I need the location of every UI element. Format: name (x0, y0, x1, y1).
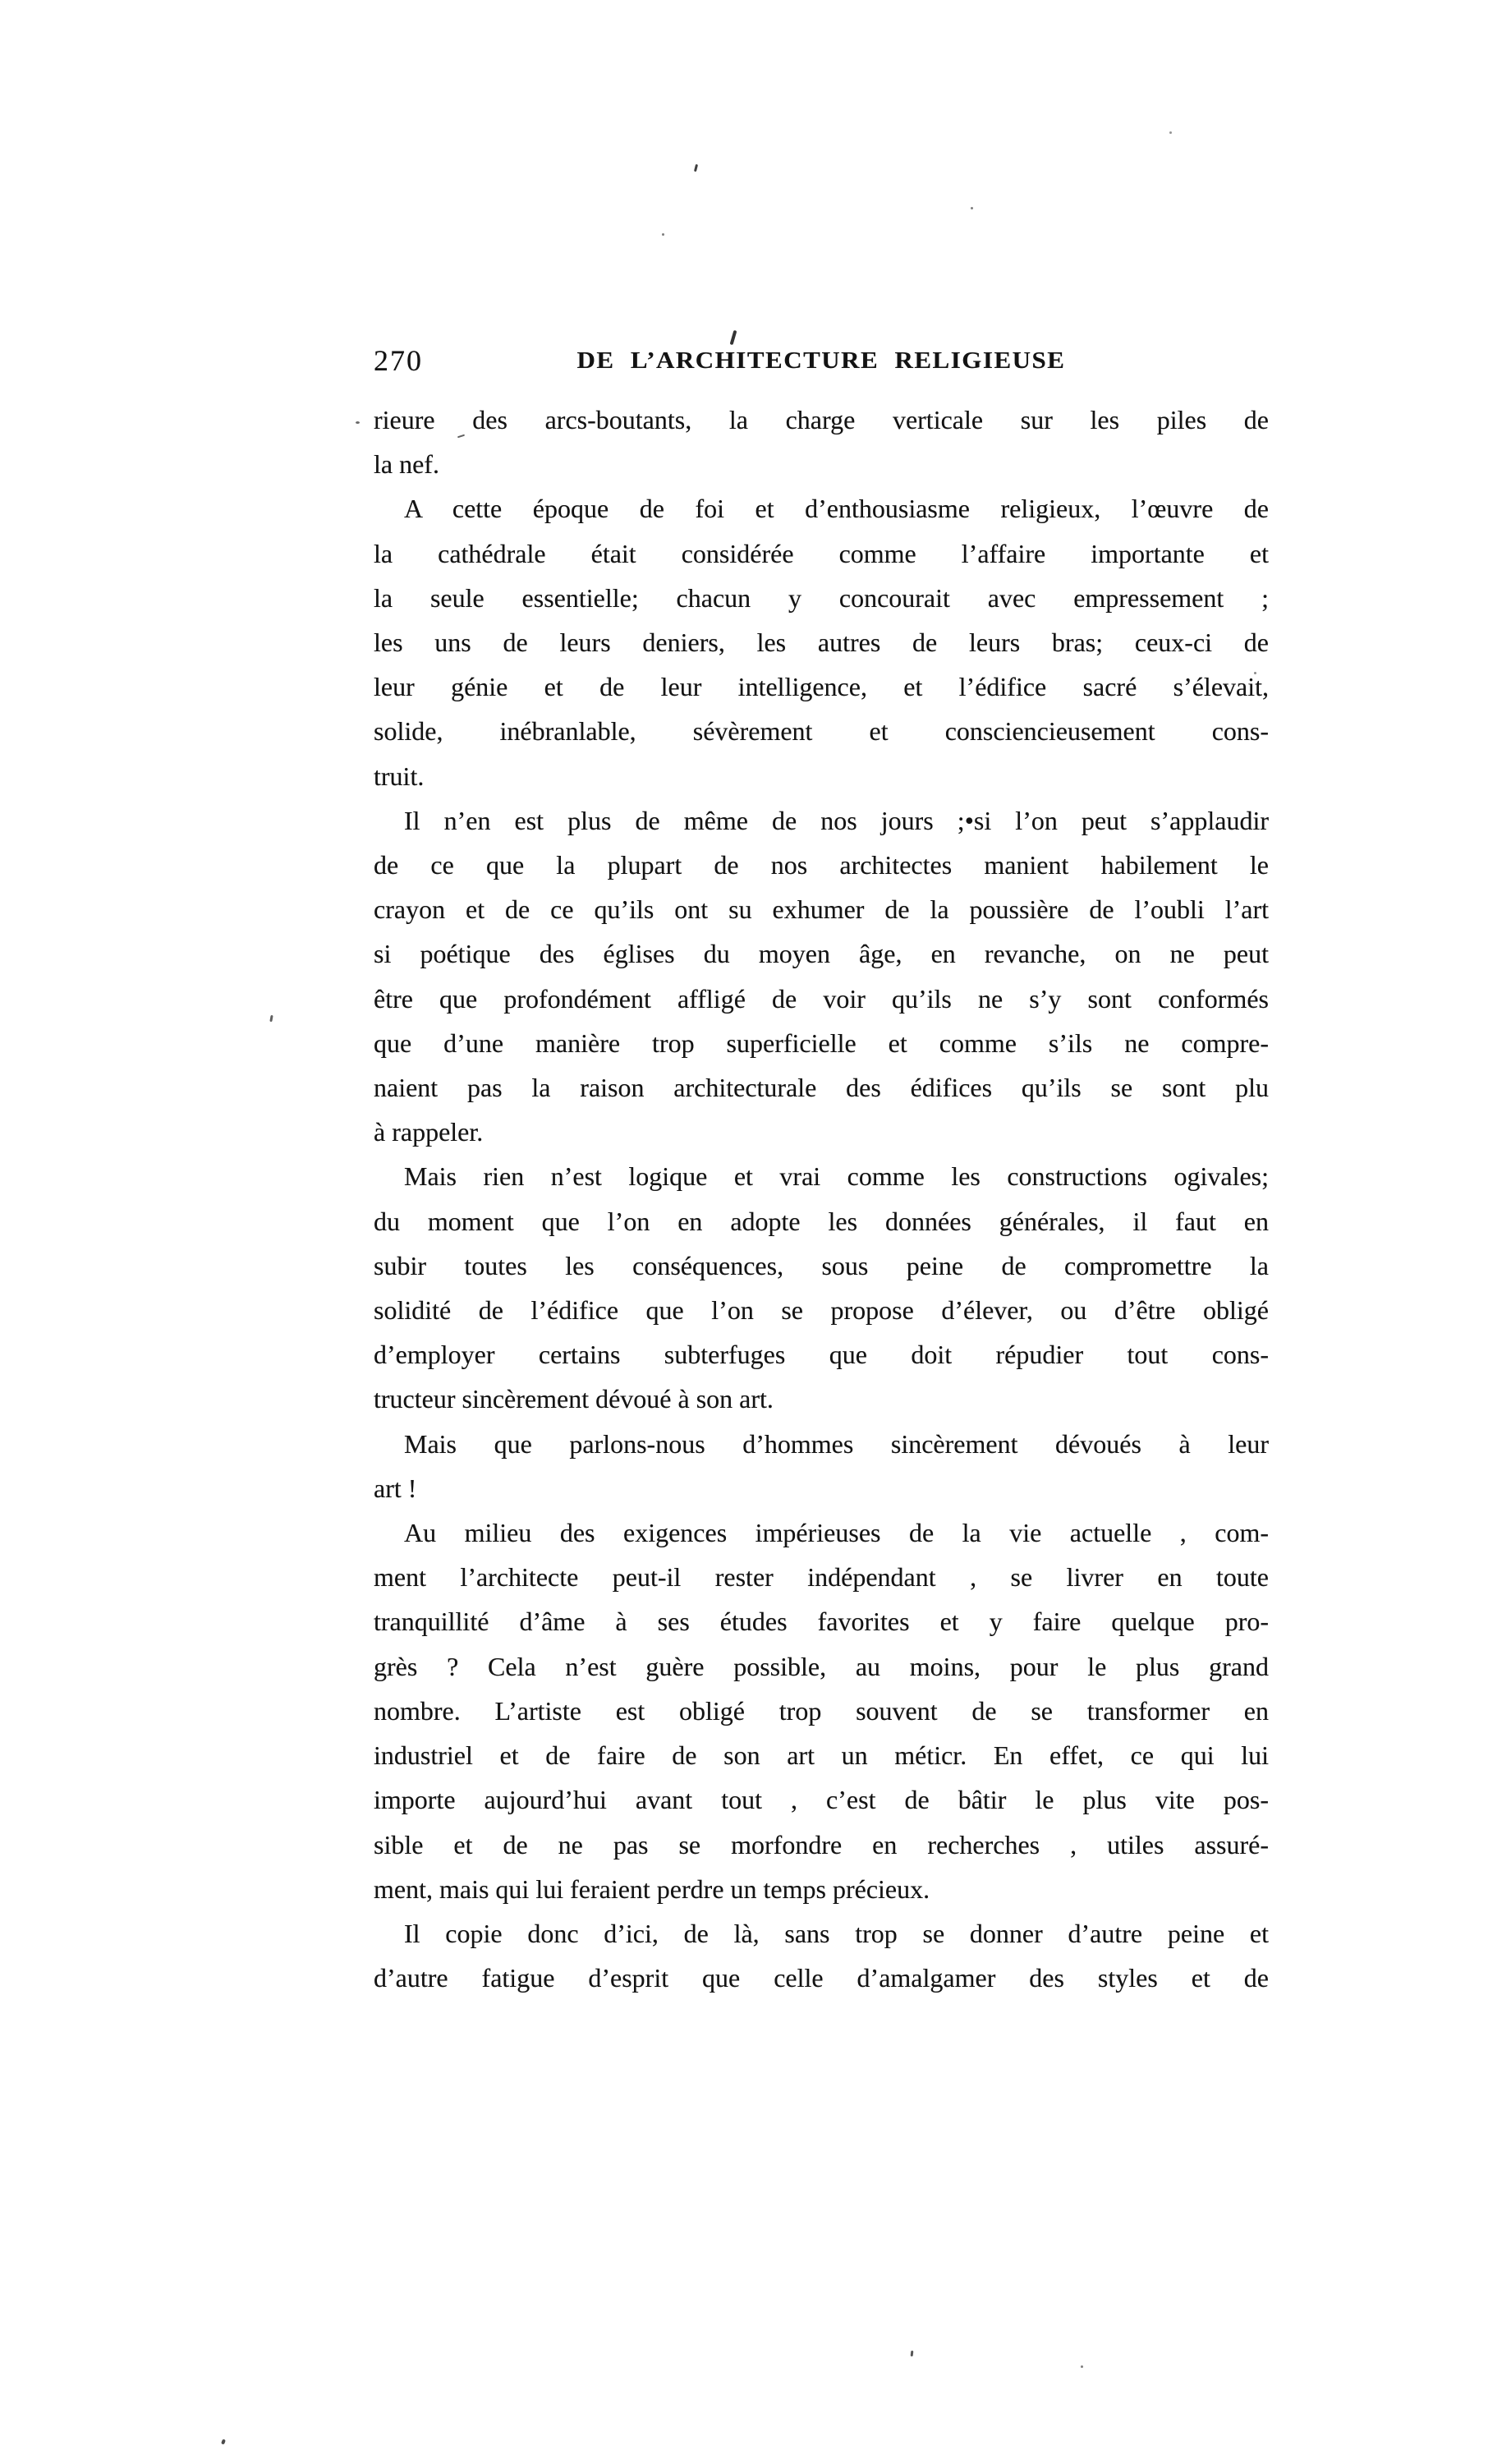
ink-speck (1169, 131, 1172, 134)
text-line: d’employer certains subterfuges que doit… (374, 1332, 1269, 1377)
text-line: d’autre fatigue d’esprit que celle d’ama… (374, 1956, 1269, 2000)
text-line: subir toutes les conséquences, sous pein… (374, 1243, 1269, 1288)
text-line: leur génie et de leur intelligence, et l… (374, 664, 1269, 709)
text-line: la nef. (374, 442, 1269, 486)
ink-speck (1081, 2365, 1083, 2368)
text-line: Au milieu des exigences impérieuses de l… (374, 1510, 1269, 1555)
ink-speck (1254, 672, 1256, 674)
text-line: naient pas la raison architecturale des … (374, 1065, 1269, 1110)
text-line: industriel et de faire de son art un mét… (374, 1733, 1269, 1777)
ink-speck (662, 233, 664, 236)
text-line: tranquillité d’âme à ses études favorite… (374, 1599, 1269, 1643)
text-column: 270 DE L’ARCHITECTURE RELIGIEUSE rieure … (374, 347, 1269, 2000)
text-line: les uns de leurs deniers, les autres de … (374, 620, 1269, 664)
text-line: la cathédrale était considérée comme l’a… (374, 531, 1269, 576)
text-line: la seule essentielle; chacun y concourai… (374, 576, 1269, 620)
text-line: Mais que parlons-nous d’hommes sincèreme… (374, 1422, 1269, 1466)
text-line: Mais rien n’est logique et vrai comme le… (374, 1154, 1269, 1198)
running-title: DE L’ARCHITECTURE RELIGIEUSE (374, 347, 1269, 374)
ink-speck (269, 1015, 273, 1022)
text-line: nombre. L’artiste est obligé trop souven… (374, 1689, 1269, 1733)
text-line: ment, mais qui lui feraient perdre un te… (374, 1867, 1269, 1911)
text-line: être que profondément affligé de voir qu… (374, 977, 1269, 1021)
ink-speck (694, 164, 698, 172)
ink-slash-mark (730, 330, 737, 345)
ink-speck (911, 2351, 914, 2356)
text-line: solide, inébranlable, sévèrement et cons… (374, 709, 1269, 753)
text-line: solidité de l’édifice que l’on se propos… (374, 1288, 1269, 1332)
ink-speck (971, 207, 973, 209)
text-line: grès ? Cela n’est guère possible, au moi… (374, 1644, 1269, 1689)
text-line: ment l’architecte peut-il rester indépen… (374, 1555, 1269, 1599)
page-header: 270 DE L’ARCHITECTURE RELIGIEUSE (374, 347, 1269, 376)
text-line: A cette époque de foi et d’enthousiasme … (374, 486, 1269, 531)
text-line: si poétique des églises du moyen âge, en… (374, 931, 1269, 976)
text-line: que d’une manière trop superficielle et … (374, 1021, 1269, 1065)
text-line: tructeur sincèrement dévoué à son art. (374, 1377, 1269, 1421)
text-line: sible et de ne pas se morfondre en reche… (374, 1823, 1269, 1867)
text-line: du moment que l’on en adopte les données… (374, 1199, 1269, 1243)
text-line: truit. (374, 754, 1269, 798)
text-line: crayon et de ce qu’ils ont su exhumer de… (374, 887, 1269, 931)
text-line: à rappeler. (374, 1110, 1269, 1154)
text-line: Il copie donc d’ici, de là, sans trop se… (374, 1911, 1269, 1956)
text-line: importe aujourd’hui avant tout , c’est d… (374, 1777, 1269, 1822)
scanned-page: 270 DE L’ARCHITECTURE RELIGIEUSE rieure … (0, 0, 1488, 2464)
ink-speck (356, 421, 360, 424)
text-line: art ! (374, 1466, 1269, 1510)
text-line: Il n’en est plus de même de nos jours ;•… (374, 798, 1269, 843)
body-text: rieure des arcs-boutants, la charge vert… (374, 398, 1269, 2000)
text-line: rieure des arcs-boutants, la charge vert… (374, 398, 1269, 442)
text-line: de ce que la plupart de nos architectes … (374, 843, 1269, 887)
ink-speck (221, 2439, 226, 2444)
